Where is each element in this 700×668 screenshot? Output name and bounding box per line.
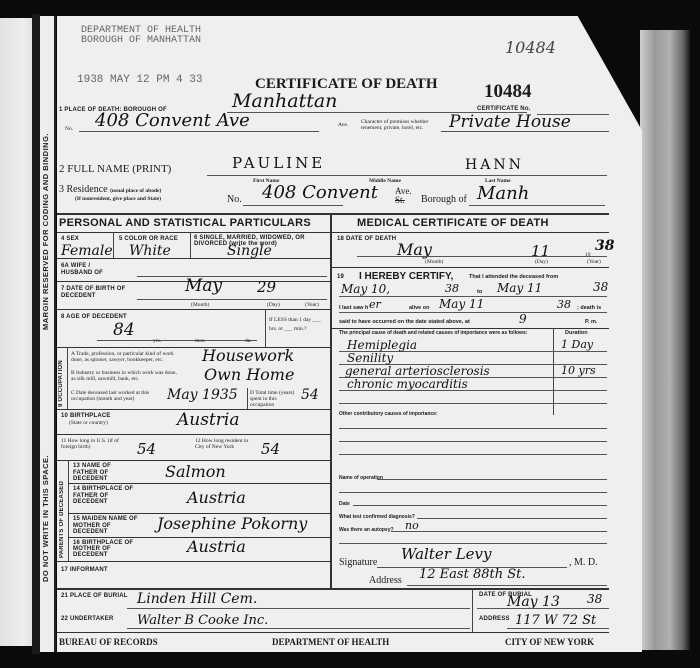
last-name: HANN xyxy=(465,157,524,173)
contributory-label: Other contributory causes of importance: xyxy=(339,411,438,417)
death-year: 38 xyxy=(595,238,614,254)
burial-place: Linden Hill Cem. xyxy=(137,591,257,607)
residence-no-label: No. xyxy=(227,194,242,205)
page-stack-right xyxy=(640,30,690,650)
residence-borough: Manh xyxy=(477,183,529,204)
last-saw-date: May 11 xyxy=(439,297,484,311)
mother-birthplace-label: 16 BIRTHPLACE OF MOTHER OF DECEDENT xyxy=(73,540,139,558)
attended-to-year: 38 xyxy=(593,280,608,294)
place-no-label: No. xyxy=(65,126,73,132)
birthplace-value: Austria xyxy=(177,410,239,430)
personal-section-title: PERSONAL AND STATISTICAL PARTICULARS xyxy=(59,217,311,229)
sex-label: 4 SEX xyxy=(61,236,79,242)
certify-text: That I attended the deceased from xyxy=(469,274,558,280)
certify-num: 19 xyxy=(337,274,344,280)
death-is-label: ; death is xyxy=(577,305,601,311)
last-saw-pronoun: er xyxy=(369,298,381,311)
attended-to: May 11 xyxy=(497,281,542,295)
industry-label: B Industry or business in which work was… xyxy=(71,370,181,382)
full-name-label: 2 FULL NAME (PRINT) xyxy=(59,163,171,175)
death-certificate: DEPARTMENT OF HEALTH BOROUGH OF MANHATTA… xyxy=(57,16,642,652)
certify-title: I HEREBY CERTIFY, xyxy=(359,271,453,282)
causes-label: The principal cause of death and related… xyxy=(339,330,527,336)
test-label: What test confirmed diagnosis? xyxy=(339,514,415,520)
dob-year-label: (Year) xyxy=(305,302,319,308)
borough-name: BOROUGH OF MANHATTAN xyxy=(81,36,201,46)
yrs-label: yrs. xyxy=(153,338,161,344)
duration-label: Duration xyxy=(565,330,588,336)
residence-ave-st: Ave. St. xyxy=(395,187,412,205)
color-label: 5 COLOR OR RACE xyxy=(119,236,178,242)
received-stamp: 1938 MAY 12 PM 4 33 xyxy=(77,74,202,86)
residence-label: 3 Residence (usual place of abode) xyxy=(59,184,161,195)
time-of-death: 9 xyxy=(519,312,527,326)
undertaker-address-label: ADDRESS xyxy=(479,616,510,622)
death-year-label: (Year) xyxy=(587,259,601,265)
signature-label: Signature xyxy=(339,557,377,568)
register-number: 10484 xyxy=(484,81,532,103)
handwritten-number: 10484 xyxy=(505,38,556,57)
attended-from: May 10, xyxy=(341,282,390,296)
undertaker-address: 117 W 72 St xyxy=(515,613,596,628)
cause-2: Senility xyxy=(347,351,393,365)
physician-signature: Walter Levy xyxy=(401,545,491,563)
binding-strip xyxy=(32,14,40,654)
birthplace-sub: (State or country) xyxy=(69,420,108,426)
cause-3: general arteriosclerosis xyxy=(345,364,490,378)
death-year-prefix: 19 xyxy=(585,252,591,258)
cause-1: Hemiplegia xyxy=(347,338,417,352)
dob-day: 29 xyxy=(257,278,276,296)
marital-value: Single xyxy=(227,243,272,259)
footer-bureau: BUREAU OF RECORDS xyxy=(59,637,158,647)
operation-date-label: Date xyxy=(339,501,350,507)
footer-city: CITY OF NEW YORK xyxy=(505,637,594,647)
informant-label: 17 INFORMANT xyxy=(61,567,108,573)
last-saw-year: 38 xyxy=(557,298,571,311)
dob-month: May xyxy=(185,276,222,296)
place-of-death-address: 408 Convent Ave xyxy=(95,110,250,131)
industry-value: Own Home xyxy=(204,365,294,384)
date-of-death-label: 18 DATE OF DEATH xyxy=(337,236,396,242)
death-month-label: (Month) xyxy=(425,259,443,265)
cause-4: chronic myocarditis xyxy=(347,377,468,391)
undertaker-label: 22 UNDERTAKER xyxy=(61,616,114,622)
margin-coding-note: MARGIN RESERVED FOR CODING AND BINDING. xyxy=(41,110,55,330)
physician-address: 12 East 88th St. xyxy=(419,567,525,582)
alive-on-label: alive on xyxy=(409,305,429,311)
sex-value: Female xyxy=(61,243,113,259)
burial-year: 38 xyxy=(587,592,602,606)
residence-sub2: (If nonresident, give place and State) xyxy=(75,196,161,202)
spouse-label: 6A WIFE / HUSBAND OF xyxy=(61,263,121,277)
trade-label: A Trade, profession, or particular kind … xyxy=(71,351,181,363)
us-years-value: 54 xyxy=(137,440,156,458)
less-than-day-label: If LESS than 1 day ___ hrs. or ___ min.? xyxy=(269,316,327,334)
father-name-label: 13 NAME OF FATHER OF DECEDENT xyxy=(73,463,133,483)
cause-3-duration: 10 yrs xyxy=(561,364,596,377)
da-label: da. xyxy=(245,338,252,344)
birthplace-label: 10 BIRTHPLACE xyxy=(61,413,111,419)
residence-sub1: (usual place of abode) xyxy=(110,188,161,194)
father-name: Salmon xyxy=(165,462,226,481)
last-saw-label: I last saw h xyxy=(339,305,368,311)
city-years-value: 54 xyxy=(261,440,280,458)
time-suffix: P. m. xyxy=(585,319,597,325)
footer-department: DEPARTMENT OF HEALTH xyxy=(272,637,389,647)
occupation-side-label: 9 OCCUPATION xyxy=(58,349,64,407)
mos-label: mos. xyxy=(195,338,206,344)
trade-value: Housework xyxy=(202,346,294,365)
color-value: White xyxy=(129,243,171,259)
autopsy-label: Was there an autopsy? xyxy=(339,527,394,533)
us-years-label: 11 How long in U.S. (if of foreign birth… xyxy=(61,438,121,450)
dob-month-label: (Month) xyxy=(191,302,209,308)
premises-label: Character of premises whether tenement, … xyxy=(361,119,441,131)
first-name: PAULINE xyxy=(232,154,325,172)
burial-place-label: 21 PLACE OF BURIAL xyxy=(61,593,128,599)
last-worked-value: May 1935 xyxy=(167,387,238,403)
father-birthplace: Austria xyxy=(187,488,246,507)
place-ave-label: Ave. xyxy=(338,122,348,128)
city-years-label: 12 How long resident in City of New York xyxy=(195,438,255,450)
undertaker: Walter B Cooke Inc. xyxy=(137,613,268,628)
residence-address: 408 Convent xyxy=(262,182,378,203)
mother-name: Josephine Pokorny xyxy=(157,514,307,533)
parents-side-label: PARENTS OF DECEASED xyxy=(59,466,65,558)
dob-day-label: (Day) xyxy=(267,302,280,308)
attended-to-label: to xyxy=(477,289,482,295)
place-of-death-borough: Manhattan xyxy=(232,90,337,112)
residence-borough-label: Borough of xyxy=(421,194,467,205)
attended-from-year: 38 xyxy=(445,282,459,295)
medical-section-title: MEDICAL CERTIFICATE OF DEATH xyxy=(357,217,549,229)
mother-birthplace: Austria xyxy=(187,537,246,556)
total-time-value: 54 xyxy=(301,387,319,403)
premises-value: Private House xyxy=(449,112,571,132)
department-header: DEPARTMENT OF HEALTH BOROUGH OF MANHATTA… xyxy=(81,26,201,46)
death-day-label: (Day) xyxy=(535,259,548,265)
operation-label: Name of operation xyxy=(339,475,383,481)
mother-name-label: 15 MAIDEN NAME OF MOTHER OF DECEDENT xyxy=(73,516,139,536)
md-label: , M. D. xyxy=(569,557,598,568)
residence-st-label: St. xyxy=(395,196,412,205)
dob-label: 7 DATE OF BIRTH OF DECEDENT xyxy=(61,286,141,300)
physician-address-label: Address xyxy=(369,575,402,586)
residence-label-text: 3 Residence xyxy=(59,184,108,195)
last-worked-label: C Date deceased last worked at this occu… xyxy=(71,390,171,402)
age-years: 84 xyxy=(113,320,135,340)
death-day: 11 xyxy=(531,242,550,260)
occurred-label: said to have occurred on the date stated… xyxy=(339,319,470,325)
cause-1-duration: 1 Day xyxy=(561,338,593,351)
father-birthplace-label: 14 BIRTHPLACE OF FATHER OF DECEDENT xyxy=(73,486,139,506)
margin-do-not-write: DO NOT WRITE IN THIS SPACE. xyxy=(41,432,55,582)
total-time-label: D Total time (years) spent in this occup… xyxy=(250,390,300,408)
